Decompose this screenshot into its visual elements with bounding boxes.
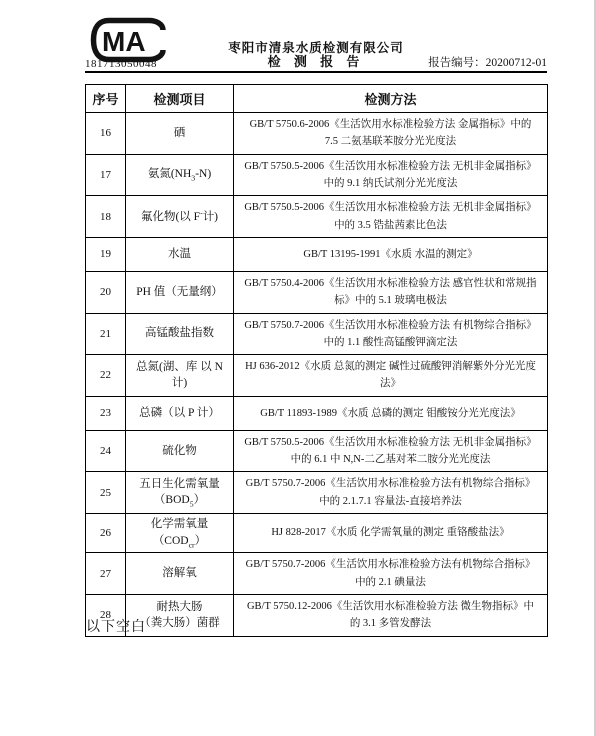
- row-test-method: GB/T 5750.5-2006《生活饮用水标准检验方法 无机非金属指标》中的 …: [234, 154, 548, 196]
- table-row: 16硒GB/T 5750.6-2006《生活饮用水标准检验方法 金属指标》中的 …: [86, 113, 548, 155]
- table-body: 16硒GB/T 5750.6-2006《生活饮用水标准检验方法 金属指标》中的 …: [86, 113, 548, 637]
- column-header-item: 检测项目: [126, 85, 234, 113]
- row-test-method: GB/T 5750.4-2006《生活饮用水标准检验方法 感官性状和常规指标》中…: [234, 271, 548, 313]
- row-serial-number: 20: [86, 271, 126, 313]
- row-test-item: PH 值（无量纲）: [126, 271, 234, 313]
- table-row: 23总磷（以 P 计）GB/T 11893-1989《水质 总磷的测定 钼酸铵分…: [86, 396, 548, 430]
- table-row: 17氨氮(NH3-N)GB/T 5750.5-2006《生活饮用水标准检验方法 …: [86, 154, 548, 196]
- row-test-method: GB/T 5750.5-2006《生活饮用水标准检验方法 无机非金属指标》中的 …: [234, 196, 548, 238]
- row-serial-number: 17: [86, 154, 126, 196]
- row-test-item: 高锰酸盐指数: [126, 313, 234, 355]
- row-test-method: GB/T 5750.7-2006《生活饮用水标准检验方法 有机物综合指标》中的 …: [234, 313, 548, 355]
- row-serial-number: 23: [86, 396, 126, 430]
- row-test-item: 总磷（以 P 计）: [126, 396, 234, 430]
- row-test-item: 水温: [126, 237, 234, 271]
- row-test-method: GB/T 5750.7-2006《生活饮用水标准检验方法有机物综合指标》中的 2…: [234, 472, 548, 514]
- row-test-method: GB/T 11893-1989《水质 总磷的测定 钼酸铵分光光度法》: [234, 396, 548, 430]
- column-header-serial: 序号: [86, 85, 126, 113]
- report-page: MA 枣阳市清泉水质检测有限公司 181713050048 检 测 报 告 报告…: [0, 0, 596, 736]
- table-row: 27溶解氧GB/T 5750.7-2006《生活饮用水标准检验方法有机物综合指标…: [86, 553, 548, 595]
- row-test-item: 氟化物(以 F-计): [126, 196, 234, 238]
- row-serial-number: 21: [86, 313, 126, 355]
- report-header-row: 181713050048 检 测 报 告 报告编号：20200712-01: [85, 53, 547, 73]
- row-test-item: 硫化物: [126, 430, 234, 472]
- row-test-method: HJ 636-2012《水质 总氮的测定 碱性过硫酸钾消解紫外分光光度法》: [234, 355, 548, 397]
- table-row: 21高锰酸盐指数GB/T 5750.7-2006《生活饮用水标准检验方法 有机物…: [86, 313, 548, 355]
- table-row: 28耐热大肠（粪大肠）菌群GB/T 5750.12-2006《生活饮用水标准检验…: [86, 594, 548, 636]
- row-serial-number: 16: [86, 113, 126, 155]
- blank-below-note: 以下空白: [86, 616, 146, 636]
- row-test-method: GB/T 13195-1991《水质 水温的测定》: [234, 237, 548, 271]
- row-test-item: 五日生化需氧量（BOD5）: [126, 472, 234, 514]
- report-title: 检 测 报 告: [85, 51, 547, 70]
- table-row: 20PH 值（无量纲）GB/T 5750.4-2006《生活饮用水标准检验方法 …: [86, 271, 548, 313]
- row-test-method: GB/T 5750.12-2006《生活饮用水标准检验方法 微生物指标》中的 3…: [234, 594, 548, 636]
- table-row: 24硫化物GB/T 5750.5-2006《生活饮用水标准检验方法 无机非金属指…: [86, 430, 548, 472]
- table-row: 26化学需氧量（CODcr）HJ 828-2017《水质 化学需氧量的测定 重铬…: [86, 514, 548, 553]
- test-methods-table: 序号 检测项目 检测方法 16硒GB/T 5750.6-2006《生活饮用水标准…: [85, 84, 548, 637]
- row-serial-number: 25: [86, 472, 126, 514]
- table-header: 序号 检测项目 检测方法: [86, 85, 548, 113]
- row-test-method: GB/T 5750.5-2006《生活饮用水标准检验方法 无机非金属指标》中的 …: [234, 430, 548, 472]
- row-test-method: HJ 828-2017《水质 化学需氧量的测定 重铬酸盐法》: [234, 514, 548, 553]
- row-test-item: 总氮(湖、库 以 N 计): [126, 355, 234, 397]
- table-row: 22总氮(湖、库 以 N 计)HJ 636-2012《水质 总氮的测定 碱性过硫…: [86, 355, 548, 397]
- row-serial-number: 24: [86, 430, 126, 472]
- row-test-method: GB/T 5750.7-2006《生活饮用水标准检验方法有机物综合指标》中的 2…: [234, 553, 548, 595]
- row-test-item: 溶解氧: [126, 553, 234, 595]
- row-serial-number: 19: [86, 237, 126, 271]
- table-header-row: 序号 检测项目 检测方法: [86, 85, 548, 113]
- row-test-item: 氨氮(NH3-N): [126, 154, 234, 196]
- row-serial-number: 27: [86, 553, 126, 595]
- row-test-method: GB/T 5750.6-2006《生活饮用水标准检验方法 金属指标》中的 7.5…: [234, 113, 548, 155]
- table-row: 18氟化物(以 F-计)GB/T 5750.5-2006《生活饮用水标准检验方法…: [86, 196, 548, 238]
- row-serial-number: 18: [86, 196, 126, 238]
- row-serial-number: 26: [86, 514, 126, 553]
- row-serial-number: 22: [86, 355, 126, 397]
- table-row: 19水温GB/T 13195-1991《水质 水温的测定》: [86, 237, 548, 271]
- row-test-item: 硒: [126, 113, 234, 155]
- table-row: 25五日生化需氧量（BOD5）GB/T 5750.7-2006《生活饮用水标准检…: [86, 472, 548, 514]
- column-header-method: 检测方法: [234, 85, 548, 113]
- row-test-item: 化学需氧量（CODcr）: [126, 514, 234, 553]
